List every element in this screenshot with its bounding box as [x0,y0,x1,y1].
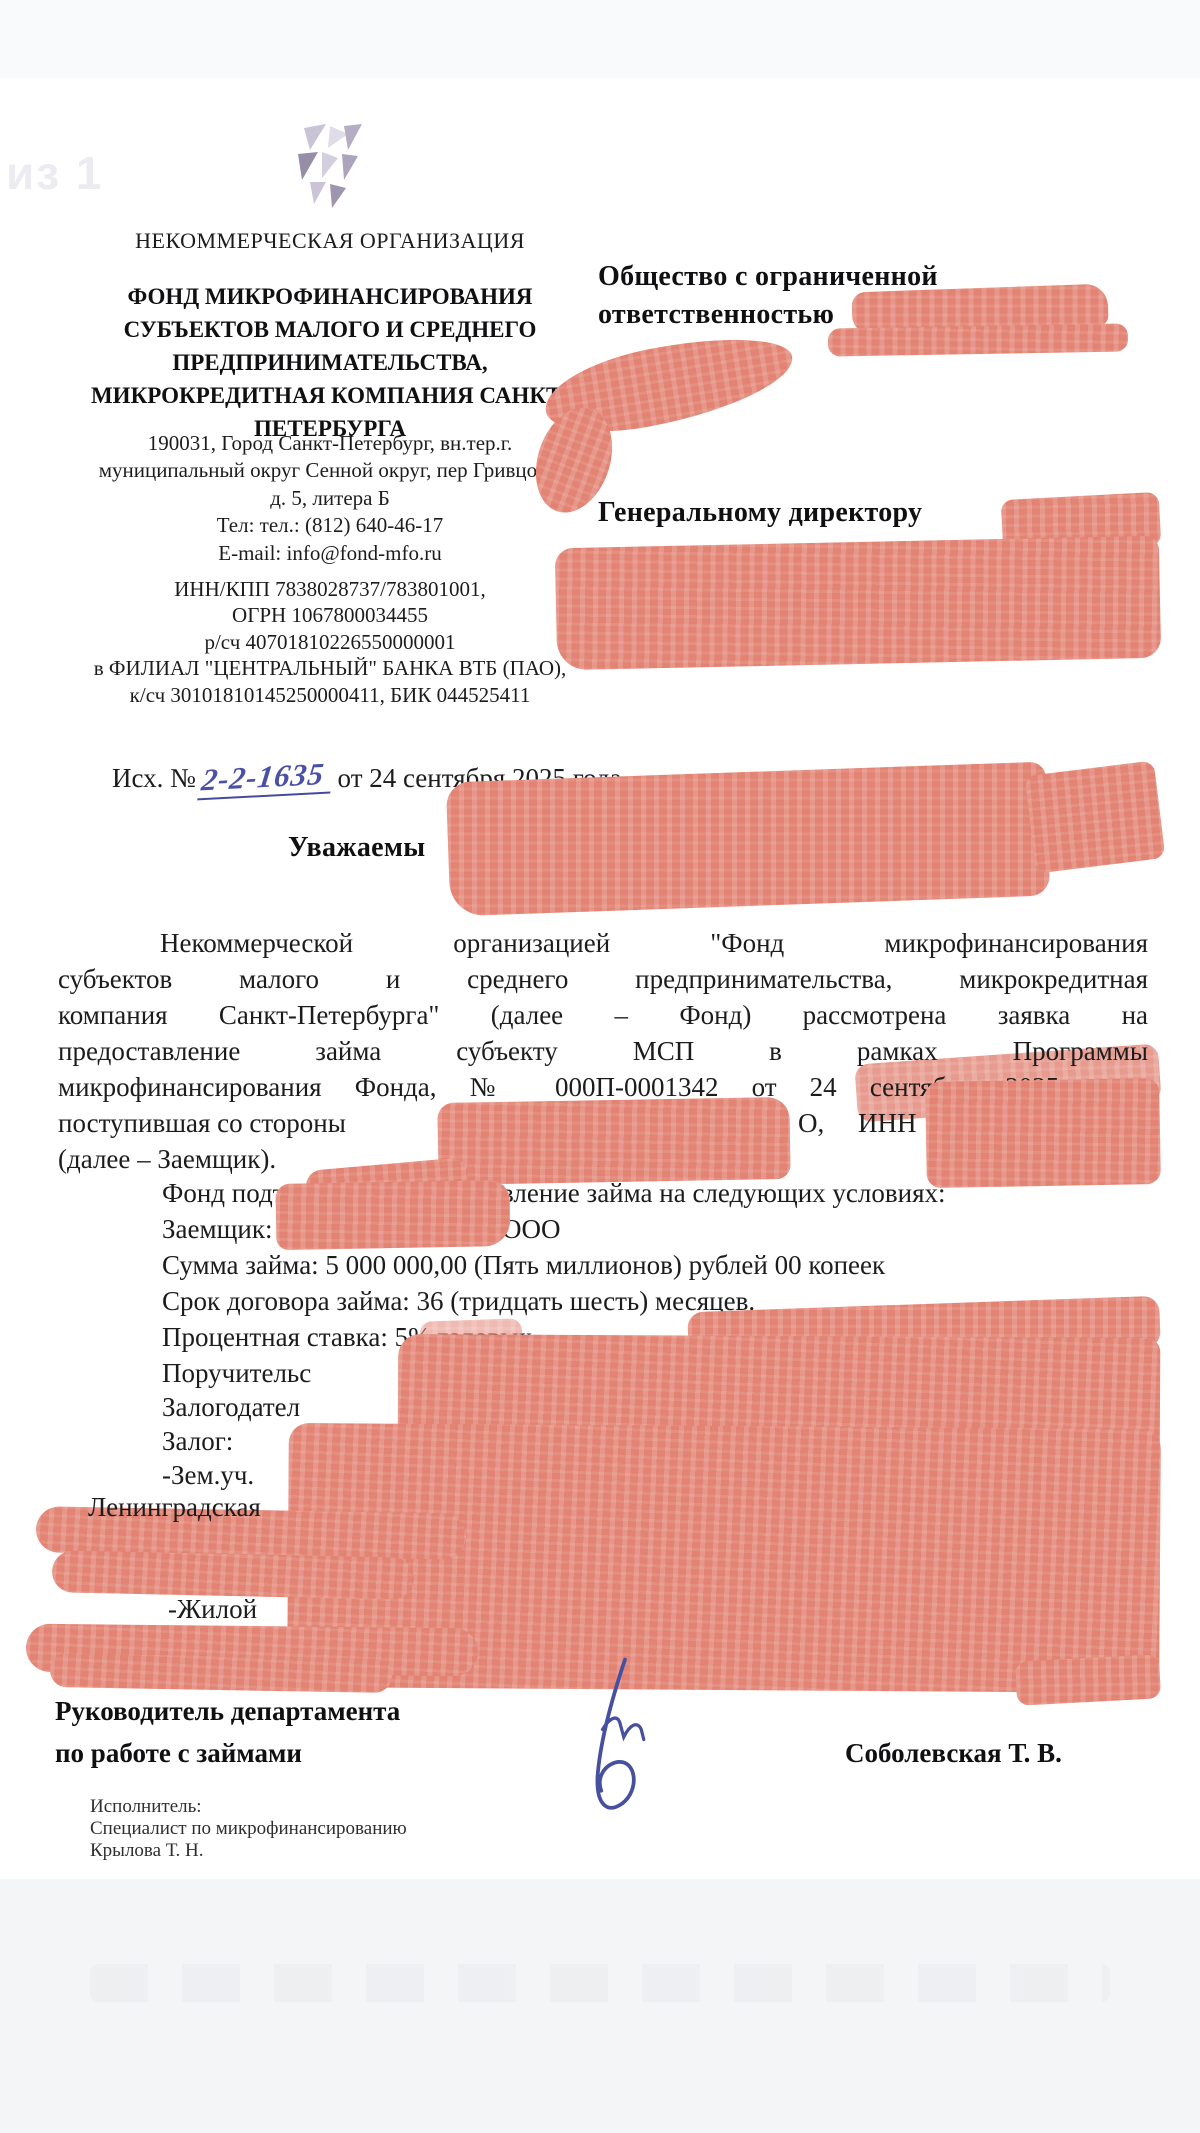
requisite-line: в ФИЛИАЛ "ЦЕНТРАЛЬНЫЙ" БАНКА ВТБ (ПАО), [60,655,600,682]
loan-sum-line: Сумма займа: 5 000 000,00 (Пять миллионо… [162,1248,885,1282]
signer-name: Соболевская Т. В. [845,1736,1062,1770]
org-name-line: ПРЕДПРИНИМАТЕЛЬСТВА, [70,346,590,379]
page-indicator: из 1 [6,146,104,200]
requisite-line: ИНН/КПП 7838028737/783801001, [60,576,600,603]
redaction-mark [555,536,1161,671]
body-line6-fragment: О, [798,1106,824,1140]
body-line: (далее – Заемщик). [58,1142,276,1176]
address-line: д. 5, литера Б [70,485,590,513]
salutation: Уважаемы [288,831,425,865]
viewer-top-strip [0,0,1200,79]
org-type-label: НЕКОММЕРЧЕСКАЯ ОРГАНИЗАЦИЯ [70,226,590,256]
redaction-mark [925,1078,1161,1188]
body-line6-start: поступившая со стороны [58,1108,346,1138]
guarantee-line: Поручительс [162,1356,311,1390]
requisite-line: р/сч 40701810226550000001 [60,629,600,656]
redaction-mark [50,1653,393,1693]
borrower-suffix: ООО [502,1212,561,1246]
org-name-line: СУБЪЕКТОВ МАЛОГО И СРЕДНЕГО [70,313,590,346]
redaction-mark [1015,1654,1161,1705]
pledge-label: Залог: [162,1424,233,1458]
redaction-mark [275,1180,510,1250]
address-line: Тел: тел.: (812) 640-46-17 [70,512,590,540]
borrower-label: Заемщик: [162,1214,272,1244]
requisite-line: к/сч 30101810145250000411, БИК 044525411 [60,682,600,709]
loan-term-line: Срок договора займа: 36 (тридцать шесть)… [162,1284,755,1318]
signer-role-line1: Руководитель департамента [55,1694,400,1728]
redaction-mark [1025,760,1166,873]
redaction-mark [828,323,1128,356]
executor-role: Специалист по микрофинансированию [90,1818,407,1840]
pledge-item-land: -Зем.уч. [162,1458,254,1492]
pledge-item-house: -Жилой [168,1592,257,1626]
executor-label: Исполнитель: [90,1796,202,1818]
next-page-ghost [90,1964,1110,2002]
body-line: предоставление займа субъекту МСП в рамк… [58,1034,1148,1068]
pledge-region: Ленинградская [88,1490,261,1524]
document-page: из 1 НЕКОММЕРЧЕСКАЯ ОРГАНИЗАЦИЯ ФОНД МИК… [0,0,1200,2133]
address-line: E-mail: info@fond-mfo.ru [70,540,590,568]
pledger-line: Залогодател [162,1390,300,1424]
body-line: Некоммерческой организацией "Фонд микроф… [58,926,1148,960]
outgoing-label: Исх. № [112,763,196,793]
signature-icon [545,1652,680,1827]
redaction-mark [437,1097,790,1185]
body-line6-inn-label: ИНН [858,1106,917,1140]
requisite-line: ОГРН 1067800034455 [60,602,600,629]
org-name-line: МИКРОКРЕДИТНАЯ КОМПАНИЯ САНКТ- [70,379,590,412]
fund-logo-icon [286,124,366,208]
executor-name: Крылова Т. Н. [90,1840,204,1862]
org-name-line: ФОНД МИКРОФИНАНСИРОВАНИЯ [70,280,590,313]
signer-role-line2: по работе с займами [55,1736,302,1770]
address-line: 190031, Город Санкт-Петербург, вн.тер.г. [70,430,590,458]
redaction-mark [446,762,1050,917]
address-line: муниципальный округ Сенной округ, пер Гр… [70,457,590,485]
body-line: субъектов малого и среднего предпринимат… [58,962,1148,996]
outgoing-number-handwritten: 2-2-1635 [197,757,334,801]
body-line: компания Санкт-Петербурга" (далее – Фонд… [58,998,1148,1032]
viewer-footer-background [0,1879,1200,2133]
